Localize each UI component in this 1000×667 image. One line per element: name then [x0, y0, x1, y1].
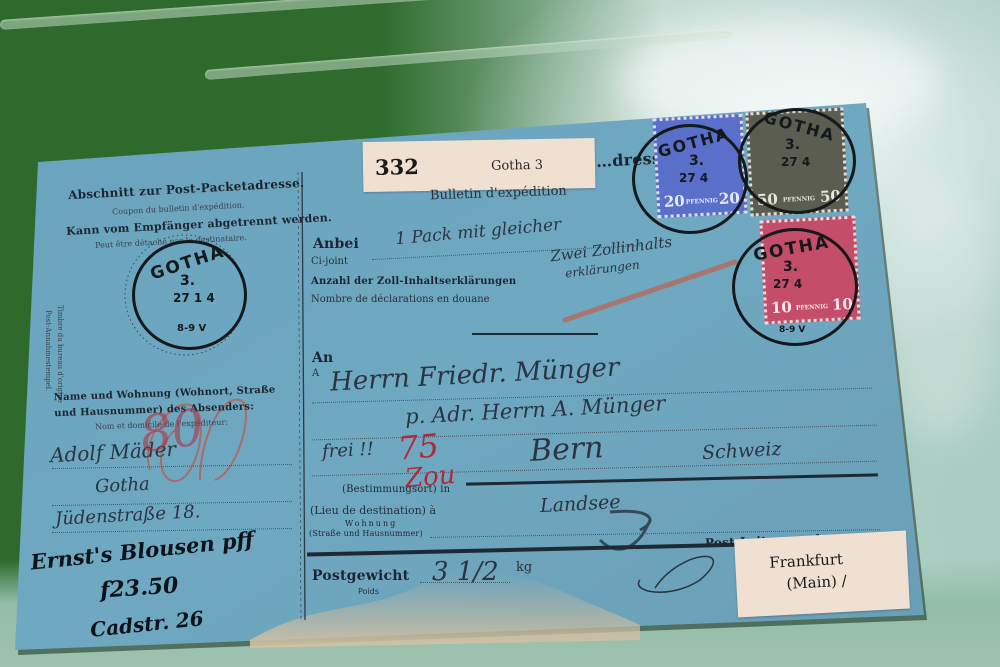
- registration-number: 332: [375, 154, 419, 180]
- sender-city: Gotha: [94, 474, 150, 498]
- destination-value: Bern: [529, 430, 604, 469]
- note-line-2: f23.50: [99, 572, 179, 603]
- street-value: Landsee: [539, 491, 621, 517]
- to-label-fr: A: [312, 368, 319, 379]
- routing-label: Frankfurt (Main) /: [734, 531, 910, 618]
- anbei-label: Anbei: [313, 236, 359, 252]
- destination-label-fr: (Lieu de destination) à: [310, 504, 436, 517]
- routing-line-2: (Main) /: [786, 572, 847, 593]
- postmark-left: GOTHA 3. 27 1 4 8-9 V: [132, 240, 247, 350]
- weight-label-fr: Poids: [358, 587, 379, 596]
- separator-rule: [472, 333, 598, 335]
- to-label: An: [312, 350, 333, 366]
- weight-label: Postgewicht: [312, 568, 409, 584]
- weight-unit: kg: [516, 560, 532, 575]
- postmark-stamp-10: GOTHA 3. 27 4 8-9 V: [732, 228, 858, 346]
- stamp-side-label-fr: Timbre du bureau d'origine: [56, 305, 64, 403]
- routing-line-1: Frankfurt: [769, 550, 844, 572]
- weight-value: 3 1/2: [432, 557, 499, 587]
- destination-country: Schweiz: [701, 438, 782, 464]
- parcel-card: Abschnitt zur Post-Packetadresse. Coupon…: [0, 0, 1000, 667]
- anbei-label-fr: Ci-joint: [311, 256, 348, 267]
- registration-office: Gotha 3: [491, 158, 543, 174]
- destination-label: (Bestimmungsort) in: [342, 484, 450, 495]
- stamp-side-label: Post-Annahmestempel.: [44, 310, 52, 391]
- red-mark-80: 80: [136, 398, 207, 464]
- customs-label-fr: Nombre de déclarations en douane: [311, 294, 490, 305]
- postmark-stamp-50: GOTHA 3. 27 4: [738, 108, 856, 214]
- frei-note: frei !!: [321, 439, 374, 463]
- street-label-sub: (Straße und Hausnummer): [309, 529, 423, 538]
- postmark-stamp-20: GOTHA 3. 27 4: [632, 124, 748, 234]
- customs-label: Anzahl der Zoll-Inhaltserklärungen: [311, 276, 516, 287]
- street-label: Wohnung: [345, 519, 397, 528]
